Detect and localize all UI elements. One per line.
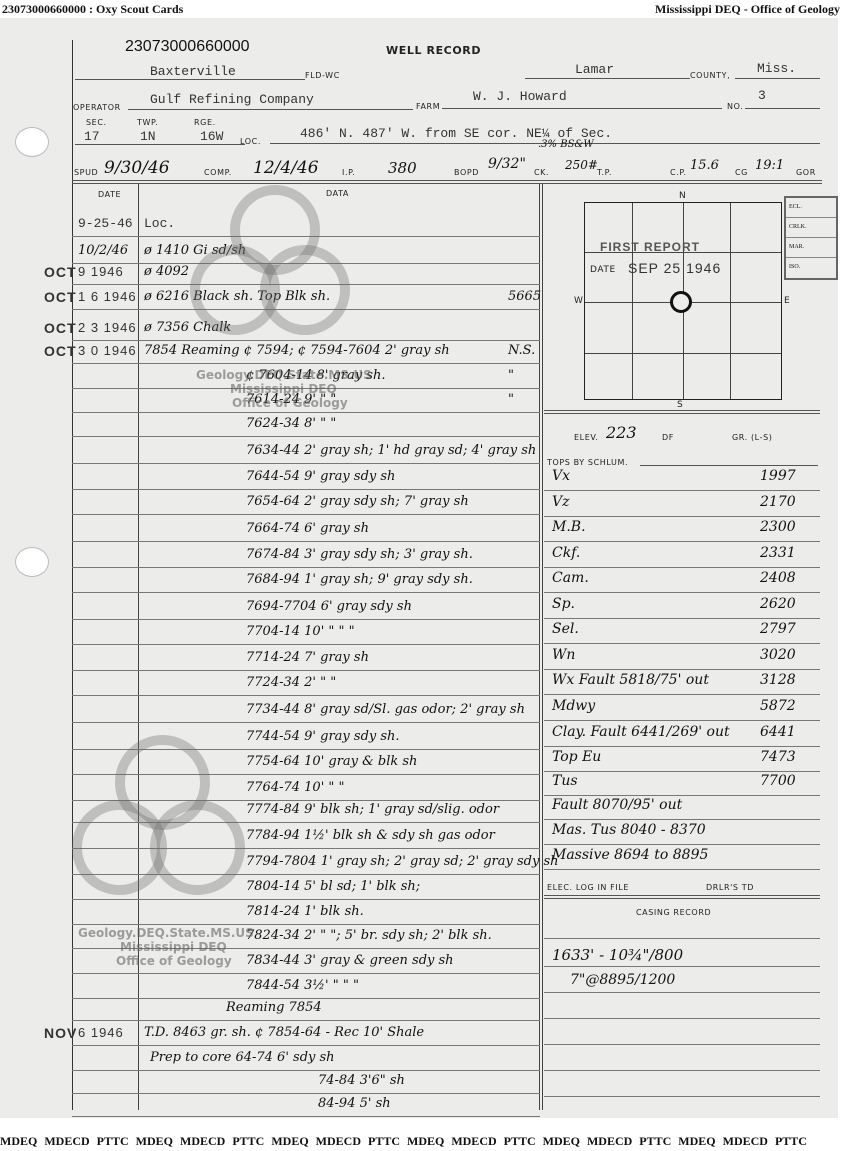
date-header: DATE <box>98 190 121 199</box>
log-date: 10/2/46 <box>78 243 128 258</box>
well-no-value: 3 <box>758 88 766 103</box>
top-formation: Wx Fault 5818/75' out <box>552 672 709 688</box>
top-formation: Cam. <box>552 570 589 586</box>
row-rule <box>72 1045 540 1046</box>
cp-label: C.P. <box>670 168 687 177</box>
map-south: S <box>677 400 683 410</box>
log-entry: 74-84 3'6" sh <box>318 1073 405 1088</box>
log-right-note: 5665 <box>508 289 541 304</box>
gor-label: GOR <box>796 168 816 177</box>
row-rule <box>72 998 540 999</box>
log-entry: 7764-74 10' " " <box>246 780 345 795</box>
card-edge <box>838 18 846 1118</box>
row-rule <box>72 1020 540 1021</box>
row-rule <box>72 412 540 413</box>
farm-value: W. J. Howard <box>473 89 567 104</box>
top-formation: Tus <box>552 773 578 789</box>
tops-rule <box>544 819 820 820</box>
tops-rule <box>544 592 820 593</box>
top-depth: 6441 <box>760 724 796 740</box>
log-entry: 7834-44 3' gray & green sdy sh <box>246 953 454 968</box>
row-rule <box>72 924 540 925</box>
tp-value: 250# <box>565 158 598 172</box>
field-label: FLD-WC <box>305 71 340 80</box>
map-east: E <box>784 296 790 306</box>
log-entry: 7814-24 1' blk sh. <box>246 904 364 919</box>
log-entry: 7724-34 2' " " <box>246 675 336 690</box>
api-number: 23073000660000 <box>125 38 250 56</box>
log-entry: Loc. <box>144 216 175 231</box>
row-rule <box>72 644 540 645</box>
spud-label: SPUD <box>74 168 98 177</box>
tops-label: TOPS BY SCHLUM. <box>547 458 628 467</box>
state-value: Miss. <box>757 61 796 76</box>
log-entry: 7634-44 2' gray sh; 1' hd gray sd; 4' gr… <box>246 443 536 458</box>
top-formation: M.B. <box>552 519 586 535</box>
ip-value: 380 <box>388 159 417 177</box>
log-entry: 7784-94 1½' blk sh & sdy sh gas odor <box>246 828 495 843</box>
watermark-logo-icon <box>260 245 350 335</box>
tops-rule <box>544 541 820 542</box>
log-entry: 7734-44 8' gray sd/Sl. gas odor; 2' gray… <box>246 702 525 717</box>
top-depth: 3128 <box>760 672 796 688</box>
twp-value: 1N <box>140 129 156 144</box>
top-depth: 1997 <box>760 468 796 484</box>
data-header: DATA <box>326 189 349 198</box>
row-rule <box>72 463 540 464</box>
stamp-date: SEP 25 1946 <box>628 260 721 276</box>
log-entry: ø 4092 <box>144 264 189 279</box>
row-rule <box>72 514 540 515</box>
row-rule <box>72 695 540 696</box>
punch-hole <box>16 128 48 156</box>
row-rule <box>72 436 540 437</box>
log-date: 3 0 1946 <box>78 343 137 358</box>
top-formation: Wn <box>552 647 575 663</box>
log-entry: 7694-7704 6' gray sdy sh <box>246 599 412 614</box>
watermark-text: Office of Geology <box>116 954 232 968</box>
row-rule <box>72 899 540 900</box>
well-no-label: NO. <box>727 102 743 111</box>
log-entry: T.D. 8463 gr. sh. ¢ 7854-64 - Rec 10' Sh… <box>144 1025 424 1040</box>
top-formation: Mas. Tus 8040 - 8370 <box>552 822 706 838</box>
ck-label: CK. <box>534 168 549 177</box>
top-depth: 2620 <box>760 596 796 612</box>
log-entry: 7824-34 2' " "; 5' br. sdy sh; 2' blk sh… <box>246 928 492 943</box>
top-formation: Vx <box>552 468 570 484</box>
row-rule <box>72 592 540 593</box>
df-label: DF <box>662 433 674 442</box>
log-right-note: " <box>508 368 514 383</box>
log-entry: 84-94 5' sh <box>318 1096 391 1111</box>
casing-row: 1633' - 10¾"/800 <box>552 946 683 964</box>
top-formation: Mdwy <box>552 698 595 714</box>
row-rule <box>72 541 540 542</box>
tops-rule <box>544 720 820 721</box>
watermark-text: Geology.DEQ.State.MS.US <box>78 926 254 940</box>
row-rule <box>72 567 540 568</box>
tops-rule <box>544 869 820 870</box>
punch-hole <box>16 548 48 576</box>
margin-rule <box>72 40 73 1110</box>
twp-label: TWP. <box>137 118 158 127</box>
date-stamp-month: OCT <box>44 264 77 280</box>
top-depth: 2408 <box>760 570 796 586</box>
tops-rule <box>544 567 820 568</box>
log-entry: 7624-34 8' " " <box>246 416 336 431</box>
log-date: 6 1946 <box>78 1025 124 1040</box>
bsw-note: .3% BS&W <box>538 139 594 150</box>
agency-title: Mississippi DEQ - Office of Geology <box>655 2 840 17</box>
row-rule <box>72 722 540 723</box>
log-right-note: " <box>508 392 514 407</box>
rge-label: RGE. <box>194 118 216 127</box>
log-entry: 7804-14 5' bl sd; 1' blk sh; <box>246 879 420 894</box>
top-depth: 2170 <box>760 494 796 510</box>
form-title: WELL RECORD <box>386 44 481 57</box>
bopd-label: BOPD <box>454 168 479 177</box>
row-rule <box>72 670 540 671</box>
log-entry: 7674-84 3' gray sdy sh; 3' gray sh. <box>246 547 473 562</box>
log-entry: 7644-54 9' gray sdy sh <box>246 469 395 484</box>
log-entry: 7774-84 9' blk sh; 1' gray sd/slig. odor <box>246 802 499 817</box>
top-formation: Sp. <box>552 596 575 612</box>
top-formation: Vz <box>552 494 570 510</box>
tp-label: T.P. <box>597 168 612 177</box>
page-header: 23073000660000 : Oxy Scout Cards Mississ… <box>0 0 846 18</box>
top-depth: 3020 <box>760 647 796 663</box>
log-date: 9 1946 <box>78 264 124 279</box>
log-entry: 7654-64 2' gray sdy sh; 7' gray sh <box>246 494 469 509</box>
cg-label: CG <box>735 168 748 177</box>
date-stamp-month: OCT <box>44 320 77 336</box>
cp-value: 15.6 <box>690 158 719 173</box>
choke-value: 9/32" <box>488 156 526 172</box>
elev-value: 223 <box>606 423 637 442</box>
row-rule <box>72 363 540 364</box>
casing-label: CASING RECORD <box>636 908 711 917</box>
date-stamp-month: NOV <box>44 1025 77 1041</box>
top-depth: 2797 <box>760 621 796 637</box>
operator-value: Gulf Refining Company <box>150 92 314 107</box>
log-date: 1 6 1946 <box>78 289 137 304</box>
log-entry: 7664-74 6' gray sh <box>246 521 369 536</box>
log-entry: 7744-54 9' gray sdy sh. <box>246 729 400 744</box>
log-entry: 7684-94 1' gray sh; 9' gray sdy sh. <box>246 572 473 587</box>
tops-rule <box>544 643 820 644</box>
top-depth: 7473 <box>760 749 796 765</box>
log-entry: 7854 Reaming ¢ 7594; ¢ 7594-7604 2' gray… <box>144 343 450 358</box>
log-date: 2 3 1946 <box>78 320 137 335</box>
well-location-marker-icon <box>670 291 692 313</box>
tops-rule <box>544 490 820 491</box>
footer-banner: MDEQ MDECD PTTC MDEQ MDECD PTTC MDEQ MDE… <box>0 1134 846 1149</box>
watermark-text: Mississippi DEQ <box>120 940 227 954</box>
first-report-stamp: FIRST REPORT <box>600 240 700 254</box>
top-depth: 2331 <box>760 545 796 561</box>
county-value: Lamar <box>575 62 614 77</box>
elec-log-label: ELEC. LOG IN FILE <box>547 883 629 892</box>
top-formation: Top Eu <box>552 749 601 765</box>
log-entry: 7714-24 7' gray sh <box>246 650 369 665</box>
top-formation: Fault 8070/95' out <box>552 797 682 813</box>
row-rule <box>72 973 540 974</box>
loc-label: LOC. <box>240 137 261 146</box>
watermark-text: Geology.DEQ.State.MS.US <box>196 368 372 382</box>
map-west: W <box>574 296 584 306</box>
spud-value: 9/30/46 <box>104 158 170 178</box>
top-formation: Massive 8694 to 8895 <box>552 847 708 863</box>
registry-item: ISO. <box>786 258 836 277</box>
top-depth: 2300 <box>760 519 796 535</box>
registry-item: ECL. <box>786 198 836 218</box>
comp-value: 12/4/46 <box>253 158 319 178</box>
log-entry: 7844-54 3½' " " " <box>246 978 359 993</box>
cg-value: 19:1 <box>755 158 784 173</box>
log-entry: Prep to core 64-74 6' sdy sh <box>150 1050 335 1065</box>
field-value: Baxterville <box>150 64 236 79</box>
log-entry: 7704-14 10' " " " <box>246 624 355 639</box>
date-stamp-month: OCT <box>44 289 77 305</box>
registry-stamp: ECL. CRLK. MAR. ISO. <box>784 196 838 280</box>
registry-item: MAR. <box>786 238 836 258</box>
row-rule <box>72 619 540 620</box>
top-formation: Ckf. <box>552 545 580 561</box>
tops-rule <box>544 618 820 619</box>
gr-label: GR. (L-S) <box>732 433 772 442</box>
top-depth: 5872 <box>760 698 796 714</box>
watermark-text: Mississippi DEQ <box>230 382 337 396</box>
tops-rule <box>544 516 820 517</box>
tops-rule <box>544 844 820 845</box>
operator-label: OPERATOR <box>73 103 121 112</box>
log-right-note: N.S. <box>508 343 535 358</box>
casing-row: 7"@8895/1200 <box>570 972 675 988</box>
tops-rule <box>544 694 820 695</box>
log-entry: Reaming 7854 <box>226 1000 322 1015</box>
row-rule <box>72 1093 540 1094</box>
sec-value: 17 <box>84 129 100 144</box>
sec-label: SEC. <box>86 118 107 127</box>
watermark-text: Office of Geology <box>232 396 348 410</box>
ip-label: I.P. <box>342 168 355 177</box>
row-rule <box>72 489 540 490</box>
log-date: 9-25-46 <box>78 216 133 231</box>
row-rule <box>72 1070 540 1071</box>
row-rule <box>72 340 540 341</box>
top-formation: Sel. <box>552 621 579 637</box>
tops-rule <box>544 669 820 670</box>
watermark-logo-icon <box>150 800 245 895</box>
elev-label: ELEV. <box>574 433 599 442</box>
top-depth: 7700 <box>760 773 796 789</box>
tops-rule <box>544 771 820 772</box>
county-label: COUNTY, <box>690 71 730 80</box>
drlr-td-label: DRLR'S TD <box>706 883 754 892</box>
date-stamp-month: OCT <box>44 343 77 359</box>
log-entry: 7754-64 10' gray & blk sh <box>246 754 417 769</box>
comp-label: COMP. <box>204 168 232 177</box>
document-title: 23073000660000 : Oxy Scout Cards <box>2 2 183 17</box>
row-rule <box>72 1116 540 1117</box>
top-formation: Clay. Fault 6441/269' out <box>552 724 730 740</box>
rge-value: 16W <box>200 129 223 144</box>
stamp-date-label: DATE <box>590 265 616 275</box>
log-entry: 7794-7804 1' gray sh; 2' gray sd; 2' gra… <box>246 854 559 869</box>
tops-rule <box>544 795 820 796</box>
farm-label: FARM <box>416 102 440 111</box>
map-north: N <box>679 191 686 201</box>
registry-item: CRLK. <box>786 218 836 238</box>
tops-rule <box>544 746 820 747</box>
